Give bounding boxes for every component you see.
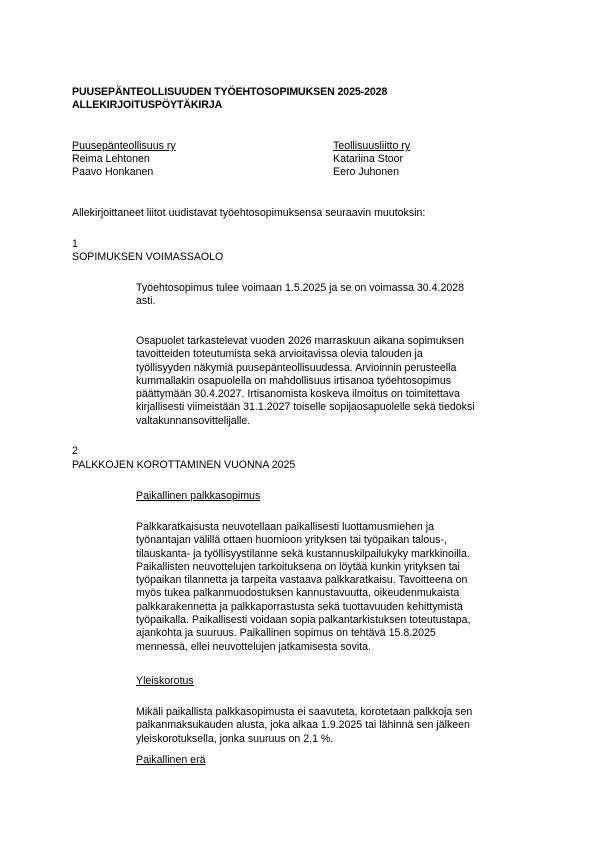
document-title-line-1: PUUSEPÄNTEOLLISUUDEN TYÖEHTOSOPIMUKSEN 2… xyxy=(72,86,387,99)
text-line: Palkkaratkaisusta neuvotellaan paikallis… xyxy=(136,521,536,534)
section-1-heading: SOPIMUKSEN VOIMASSAOLO xyxy=(72,251,223,264)
intro-text: Allekirjoittaneet liitot uudistavat työe… xyxy=(72,207,425,220)
text-line: työllisyyden näkymiä puusepänteollisuude… xyxy=(136,362,536,375)
section-1-paragraph-1: Työehtosopimus tulee voimaan 1.5.2025 ja… xyxy=(136,282,536,309)
text-line: kummallakin osapuolella on mahdollisuus … xyxy=(136,375,536,388)
text-line: Paikallisten neuvottelujen tarkoituksena… xyxy=(136,561,536,574)
document-title-line-2: ALLEKIRJOITUSPÖYTÄKIRJA xyxy=(72,99,222,112)
party-right-signatory-2: Eero Juhonen xyxy=(333,166,399,179)
local-agreement-paragraph: Palkkaratkaisusta neuvotellaan paikallis… xyxy=(136,521,536,654)
party-left-org: Puusepänteollisuus ry xyxy=(72,140,176,153)
section-2-number: 2 xyxy=(72,445,78,458)
text-line: Työehtosopimus tulee voimaan 1.5.2025 ja… xyxy=(136,282,536,295)
subsection-heading-local-agreement: Paikallinen palkkasopimus xyxy=(136,490,260,503)
party-right-org: Teollisuusliitto ry xyxy=(333,140,410,153)
section-2-heading: PALKKOJEN KOROTTAMINEN VUONNA 2025 xyxy=(72,459,295,472)
text-line: päättymään 30.4.2027. Irtisanomista kosk… xyxy=(136,388,536,401)
text-line: työpaikalla. Paikallisesti voidaan sopia… xyxy=(136,614,536,627)
text-line: asti. xyxy=(136,295,536,308)
section-1-number: 1 xyxy=(72,238,78,251)
text-line: Osapuolet tarkastelevat vuoden 2026 marr… xyxy=(136,335,536,348)
text-line: ajankohta ja suuruus. Paikallinen sopimu… xyxy=(136,627,536,640)
text-line: työnantajan välillä ottaen huomioon yrit… xyxy=(136,534,536,547)
text-line: työpaikan tilannetta ja tarpeita vastaav… xyxy=(136,574,536,587)
text-line: Mikäli paikallista palkkasopimusta ei sa… xyxy=(136,706,536,719)
general-increase-paragraph: Mikäli paikallista palkkasopimusta ei sa… xyxy=(136,706,536,746)
text-line: palkkarakennetta ja palkkaporrastusta se… xyxy=(136,601,536,614)
text-line: tilauskanta- ja työllisyystilanne sekä k… xyxy=(136,548,536,561)
text-line: valtakunnansovittelijalle. xyxy=(136,415,536,428)
text-line: myös tukea palkanmuodostuksen kannustavu… xyxy=(136,587,536,600)
party-left-signatory-2: Paavo Honkanen xyxy=(72,166,153,179)
party-right-signatory-1: Katariina Stoor xyxy=(333,153,403,166)
document-page: PUUSEPÄNTEOLLISUUDEN TYÖEHTOSOPIMUKSEN 2… xyxy=(0,0,596,842)
text-line: tavoitteiden toteutumista sekä arvioitav… xyxy=(136,348,536,361)
party-left-signatory-1: Reima Lehtonen xyxy=(72,153,150,166)
text-line: mennessä, ellei neuvottelujen jatkamises… xyxy=(136,641,536,654)
text-line: yleiskorotuksella, jonka suuruus on 2,1 … xyxy=(136,733,536,746)
text-line: palkanmaksukauden alusta, joka alkaa 1.9… xyxy=(136,719,536,732)
section-1-paragraph-2: Osapuolet tarkastelevat vuoden 2026 marr… xyxy=(136,335,536,428)
subsection-heading-general-increase: Yleiskorotus xyxy=(136,675,194,688)
subsection-heading-local-item: Paikallinen erä xyxy=(136,754,206,767)
text-line: kirjallisesti viimeistään 31.1.2027 tois… xyxy=(136,401,536,414)
